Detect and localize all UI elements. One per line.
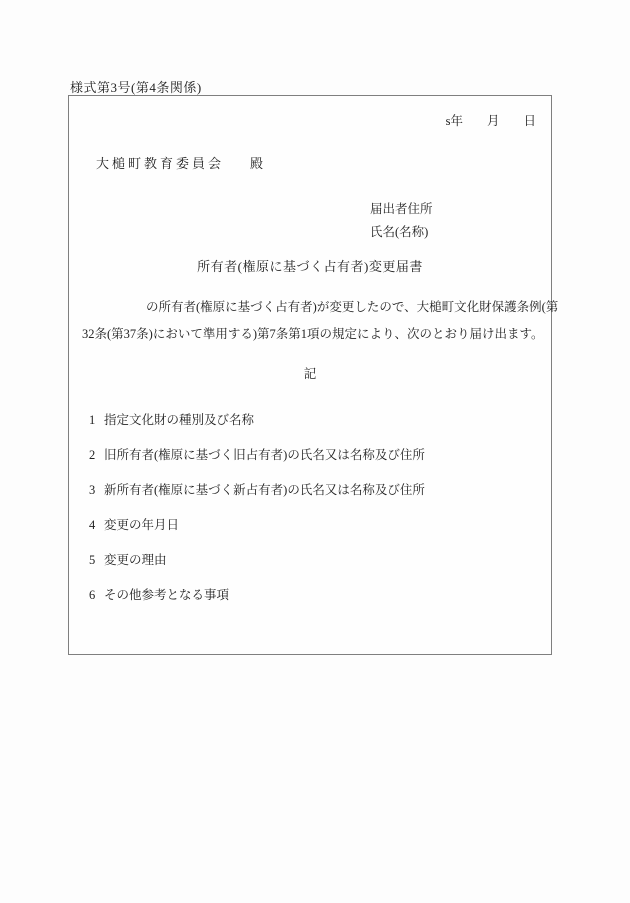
list-item: 1 指定文化財の種別及び名称 (89, 413, 538, 427)
date-day-label: 日 (523, 114, 536, 128)
form-number-label: 様式第3号(第4条関係) (70, 77, 202, 96)
list-item: 5 変更の理由 (89, 553, 538, 567)
list-item-text: 変更の理由 (104, 553, 167, 567)
list-item-text: その他参考となる事項 (104, 588, 229, 602)
list-item-number: 6 (89, 588, 104, 602)
list-item: 2 旧所有者(権原に基づく旧占有者)の氏名又は名称及び住所 (89, 448, 538, 462)
list-item-text: 旧所有者(権原に基づく旧占有者)の氏名又は名称及び住所 (104, 448, 425, 462)
document-title: 所有者(権原に基づく占有者)変更届書 (69, 259, 551, 274)
numbered-list: 1 指定文化財の種別及び名称 2 旧所有者(権原に基づく旧占有者)の氏名又は名称… (89, 413, 538, 623)
list-heading: 記 (69, 367, 551, 381)
submitter-name-label: 氏名(名称) (370, 225, 428, 239)
form-border-box: s年 月 日 大槌町教育委員会殿 届出者住所 氏名(名称) 所有者(権原に基づく… (68, 95, 552, 655)
date-line: s年 月 日 (446, 114, 536, 128)
submitter-address-label: 届出者住所 (370, 202, 433, 216)
date-month-label: 月 (487, 114, 500, 128)
addressee-line: 大槌町教育委員会殿 (96, 156, 263, 171)
list-item-text: 変更の年月日 (104, 518, 179, 532)
addressee-name: 大槌町教育委員会 (96, 156, 224, 171)
list-item-number: 5 (89, 553, 104, 567)
list-item: 3 新所有者(権原に基づく新占有者)の氏名又は名称及び住所 (89, 483, 538, 497)
list-item: 4 変更の年月日 (89, 518, 538, 532)
list-item-number: 1 (89, 413, 104, 427)
date-year-label: s年 (446, 114, 463, 128)
body-paragraph-line-1: の所有者(権原に基づく占有者)が変更したので、大槌町文化財保護条例(第 (146, 300, 558, 314)
document-page: 様式第3号(第4条関係) s年 月 日 大槌町教育委員会殿 届出者住所 氏名(名… (0, 0, 630, 903)
list-item-number: 3 (89, 483, 104, 497)
list-item-text: 指定文化財の種別及び名称 (104, 413, 254, 427)
list-item-text: 新所有者(権原に基づく新占有者)の氏名又は名称及び住所 (104, 483, 425, 497)
list-item-number: 2 (89, 448, 104, 462)
list-item: 6 その他参考となる事項 (89, 588, 538, 602)
addressee-honorific: 殿 (250, 156, 263, 171)
list-item-number: 4 (89, 518, 104, 532)
body-paragraph-line-2: 32条(第37条)において準用する)第7条第1項の規定により、次のとおり届け出ま… (82, 327, 544, 341)
